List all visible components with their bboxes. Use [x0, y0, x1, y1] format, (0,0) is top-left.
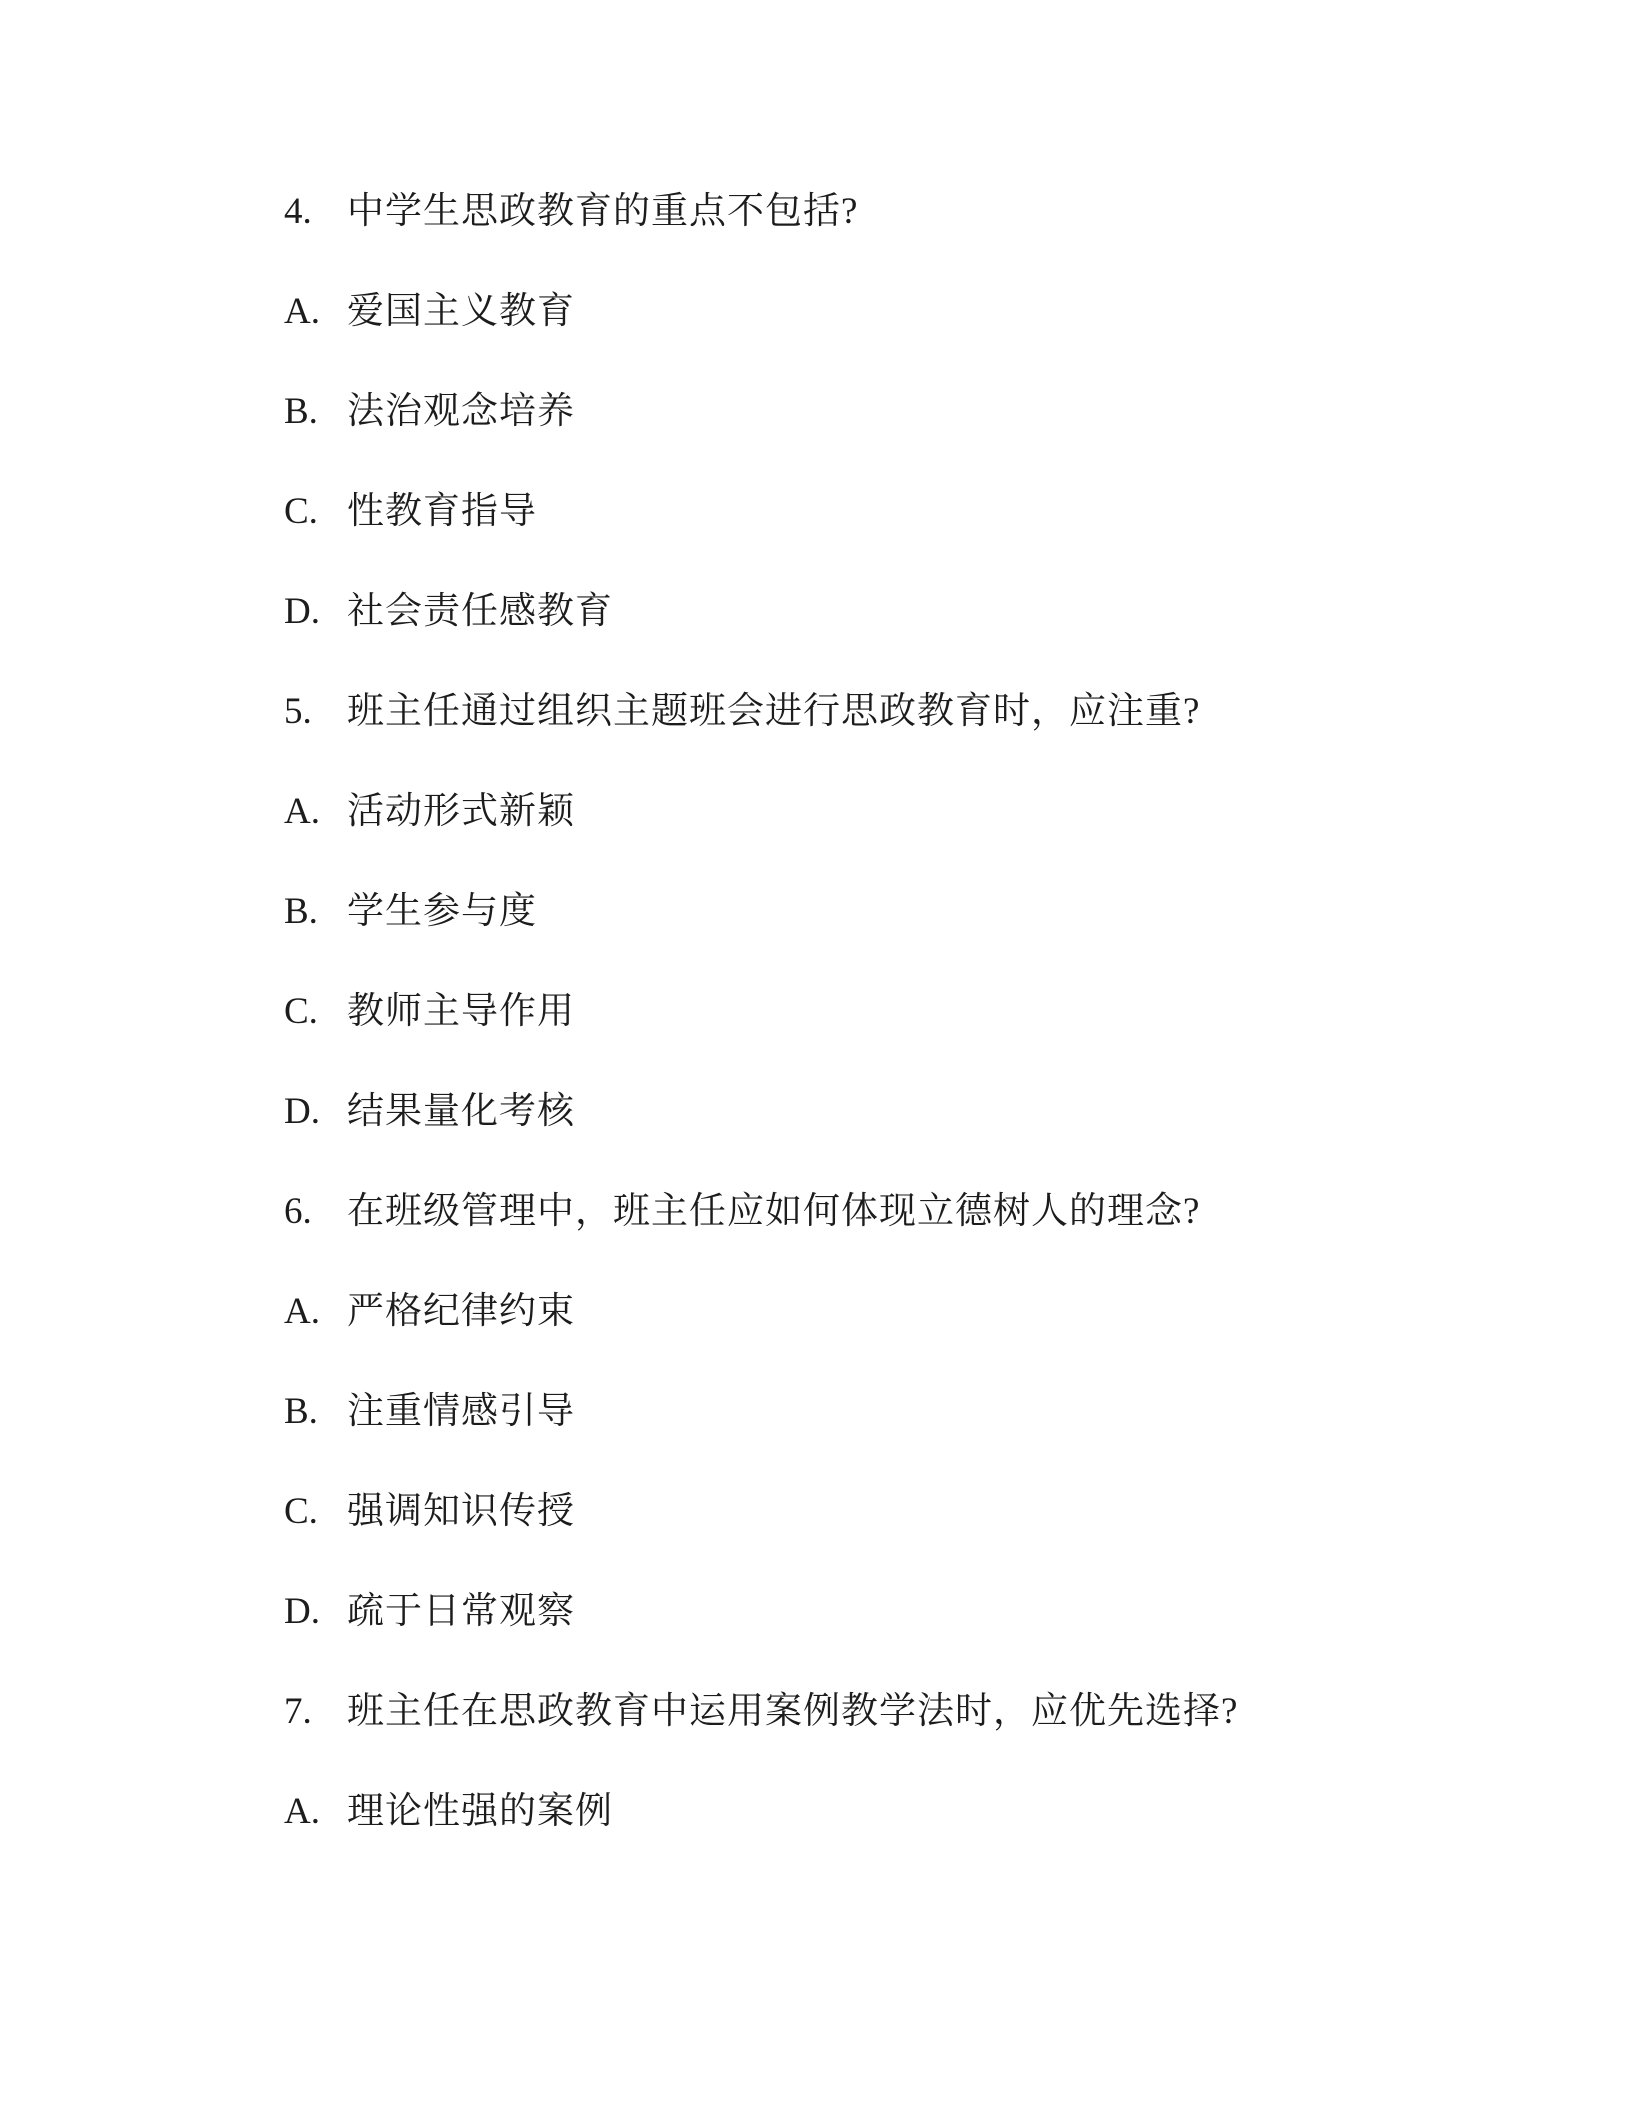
question-5-row: 5. 班主任通过组织主题班会进行思政教育时，应注重? — [284, 690, 1571, 790]
option-label: C. — [284, 990, 347, 1034]
question-number: 6. — [284, 1190, 347, 1234]
question-text: 班主任在思政教育中运用案例教学法时，应优先选择? — [347, 1690, 1238, 1734]
option-text: 活动形式新颖 — [347, 790, 575, 834]
question-number: 7. — [284, 1690, 347, 1734]
option-text: 疏于日常观察 — [347, 1590, 575, 1634]
option-label: D. — [284, 590, 347, 634]
option-text: 强调知识传授 — [347, 1490, 575, 1534]
option-text: 理论性强的案例 — [347, 1790, 613, 1834]
option-text: 严格纪律约束 — [347, 1290, 575, 1334]
option-label: D. — [284, 1090, 347, 1134]
question-text: 中学生思政教育的重点不包括? — [347, 190, 858, 234]
question-4-row: 4. 中学生思政教育的重点不包括? — [284, 190, 1571, 290]
option-label: D. — [284, 1590, 347, 1634]
question-4-option-c: C. 性教育指导 — [284, 490, 1571, 590]
option-text: 结果量化考核 — [347, 1090, 575, 1134]
question-5-option-b: B. 学生参与度 — [284, 890, 1571, 990]
option-text: 社会责任感教育 — [347, 590, 613, 634]
quiz-document-page: 4. 中学生思政教育的重点不包括? A. 爱国主义教育 B. 法治观念培养 C.… — [0, 0, 1631, 2112]
question-6-option-a: A. 严格纪律约束 — [284, 1290, 1571, 1390]
option-label: A. — [284, 1290, 347, 1334]
question-6-row: 6. 在班级管理中，班主任应如何体现立德树人的理念? — [284, 1190, 1571, 1290]
question-5-option-a: A. 活动形式新颖 — [284, 790, 1571, 890]
option-text: 学生参与度 — [347, 890, 537, 934]
question-4-option-b: B. 法治观念培养 — [284, 390, 1571, 490]
question-6-option-b: B. 注重情感引导 — [284, 1390, 1571, 1490]
option-label: C. — [284, 490, 347, 534]
option-text: 法治观念培养 — [347, 390, 575, 434]
document-body: { "page": { "background": "#ffffff", "te… — [0, 0, 1631, 2112]
question-7-option-a: A. 理论性强的案例 — [284, 1790, 1571, 1890]
question-5-option-d: D. 结果量化考核 — [284, 1090, 1571, 1190]
option-label: B. — [284, 390, 347, 434]
option-text: 注重情感引导 — [347, 1390, 575, 1434]
option-text: 性教育指导 — [347, 490, 537, 534]
question-text: 班主任通过组织主题班会进行思政教育时，应注重? — [347, 690, 1200, 734]
question-7-row: 7. 班主任在思政教育中运用案例教学法时，应优先选择? — [284, 1690, 1571, 1790]
option-text: 教师主导作用 — [347, 990, 575, 1034]
question-5-option-c: C. 教师主导作用 — [284, 990, 1571, 1090]
option-label: B. — [284, 1390, 347, 1434]
question-number: 5. — [284, 690, 347, 734]
question-number: 4. — [284, 190, 347, 234]
question-6-option-c: C. 强调知识传授 — [284, 1490, 1571, 1590]
question-6-option-d: D. 疏于日常观察 — [284, 1590, 1571, 1690]
option-label: C. — [284, 1490, 347, 1534]
option-label: A. — [284, 1790, 347, 1834]
option-label: A. — [284, 290, 347, 334]
question-text: 在班级管理中，班主任应如何体现立德树人的理念? — [347, 1190, 1200, 1234]
option-label: B. — [284, 890, 347, 934]
question-4-option-d: D. 社会责任感教育 — [284, 590, 1571, 690]
option-text: 爱国主义教育 — [347, 290, 575, 334]
option-label: A. — [284, 790, 347, 834]
question-4-option-a: A. 爱国主义教育 — [284, 290, 1571, 390]
